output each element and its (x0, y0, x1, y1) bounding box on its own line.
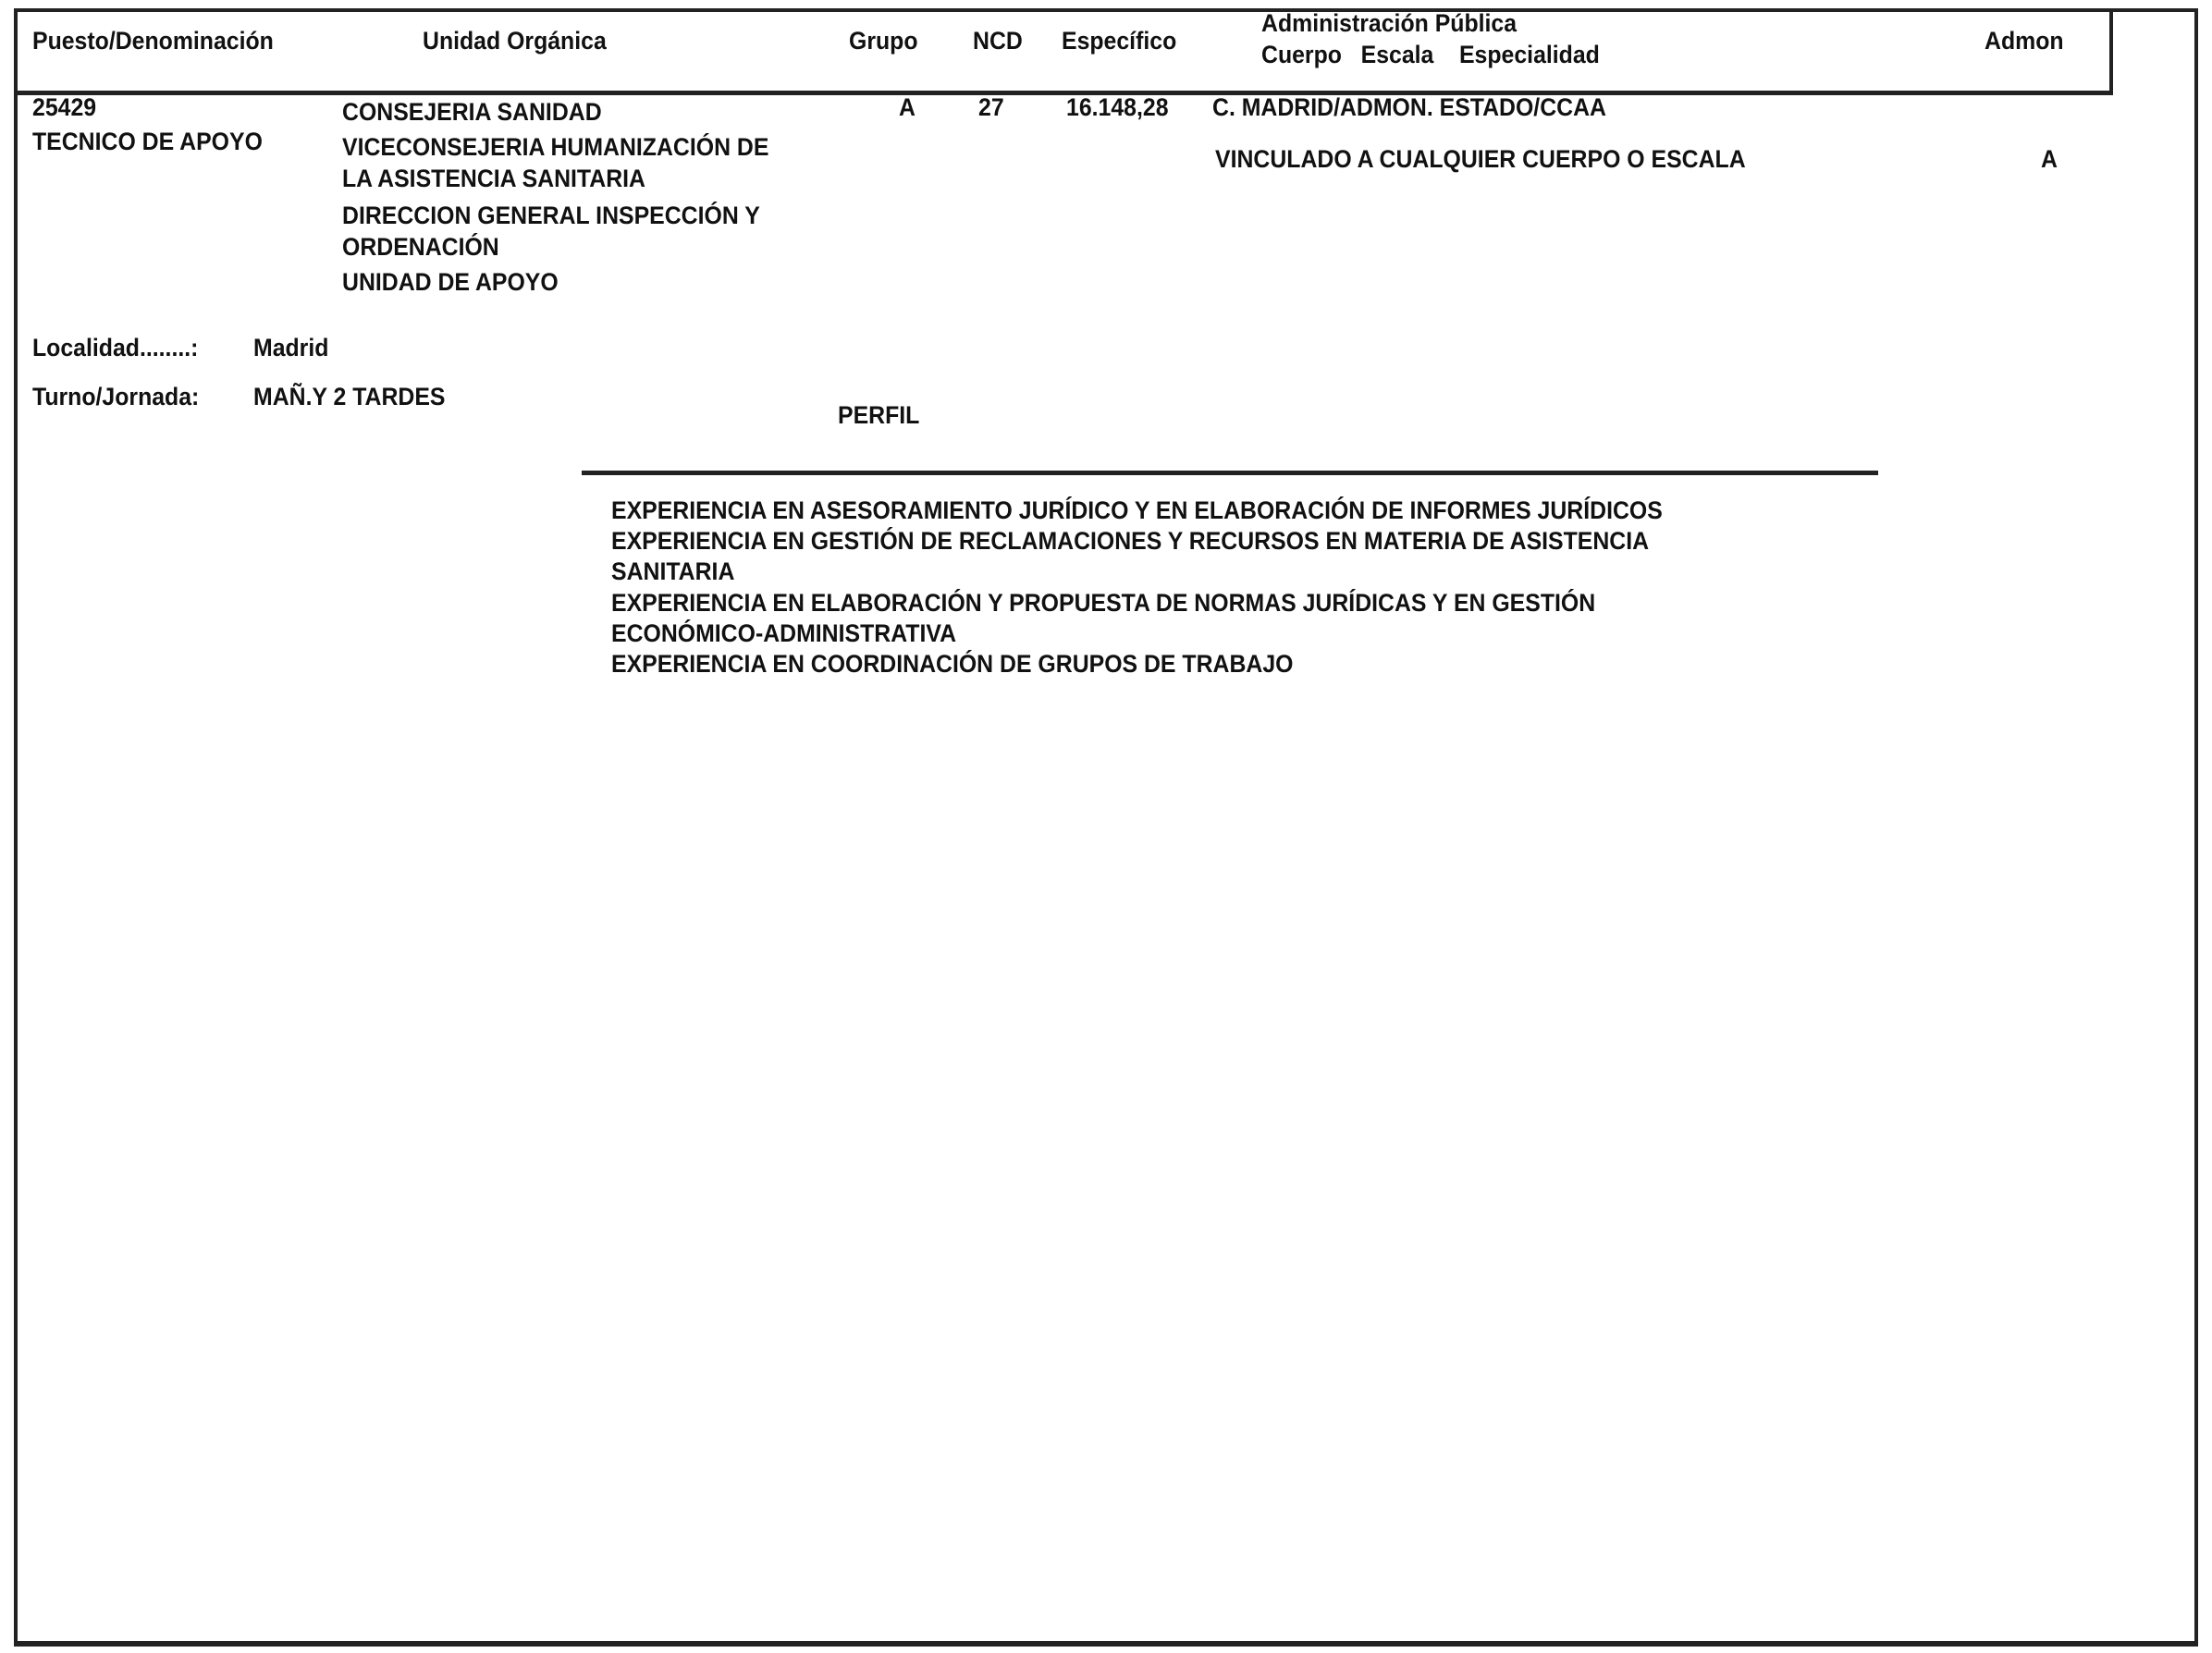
localidad-value: Madrid (253, 333, 328, 363)
perfil-line: EXPERIENCIA EN ASESORAMIENTO JURÍDICO Y … (611, 496, 1663, 526)
perfil-line: EXPERIENCIA EN ELABORACIÓN Y PROPUESTA D… (611, 588, 1595, 618)
perfil-line: SANITARIA (611, 557, 734, 587)
puesto-denominacion: TECNICO DE APOYO (32, 127, 263, 157)
unidad-line: VICECONSEJERIA HUMANIZACIÓN DE (342, 132, 768, 163)
puesto-codigo: 25429 (32, 92, 96, 123)
perfil-line: EXPERIENCIA EN GESTIÓN DE RECLAMACIONES … (611, 526, 1649, 557)
perfil-divider (582, 471, 1878, 475)
localidad-label: Localidad........: (32, 333, 198, 363)
unidad-line: CONSEJERIA SANIDAD (342, 97, 602, 128)
ncd-value: 27 (978, 92, 1004, 123)
unidad-line: LA ASISTENCIA SANITARIA (342, 164, 645, 194)
grupo-value: A (899, 92, 916, 123)
turno-label: Turno/Jornada: (32, 382, 199, 412)
unidad-line: UNIDAD DE APOYO (342, 267, 559, 298)
perfil-line: ECONÓMICO-ADMINISTRATIVA (611, 618, 956, 649)
header-grupo: Grupo (849, 26, 918, 56)
unidad-line: ORDENACIÓN (342, 232, 499, 263)
cuerpo-value: VINCULADO A CUALQUIER CUERPO O ESCALA (1215, 144, 1746, 175)
header-cuerpo-escala: Cuerpo Escala Especialidad (1261, 40, 1600, 70)
administracion-value: C. MADRID/ADMON. ESTADO/CCAA (1212, 92, 1606, 123)
perfil-line: EXPERIENCIA EN COORDINACIÓN DE GRUPOS DE… (611, 649, 1293, 680)
admon-value: A (2041, 144, 2058, 175)
unidad-line: DIRECCION GENERAL INSPECCIÓN Y (342, 201, 760, 231)
header-admon: Admon (1985, 26, 2064, 56)
especifico-value: 16.148,28 (1066, 92, 1169, 123)
header-administracion: Administración Pública (1261, 8, 1517, 39)
turno-value: MAÑ.Y 2 TARDES (253, 382, 446, 412)
header-puesto: Puesto/Denominación (32, 26, 274, 56)
header-unidad: Unidad Orgánica (423, 26, 607, 56)
perfil-title: PERFIL (838, 400, 919, 431)
header-especifico: Específico (1062, 26, 1176, 56)
header-ncd: NCD (973, 26, 1023, 56)
